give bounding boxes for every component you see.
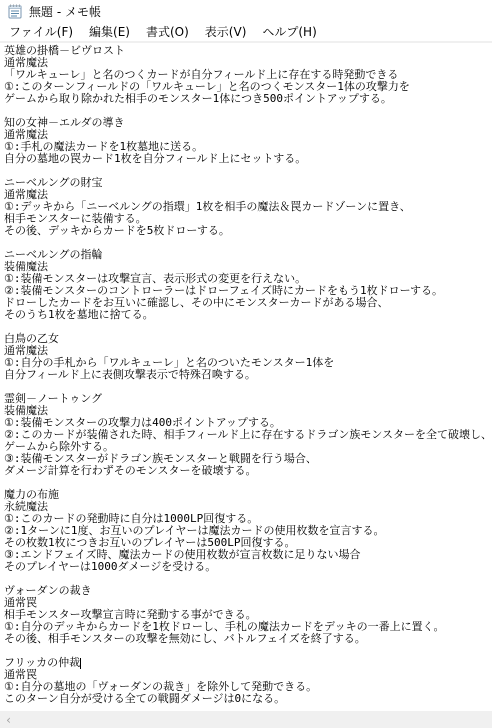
menu-file[interactable]: ファイル(F) <box>1 21 81 42</box>
text-line: このターン自分が受ける全ての戦闘ダメージは0になる。 <box>4 693 492 705</box>
notepad-icon <box>7 3 23 19</box>
text-area[interactable]: 英雄の掛橋－ビヴロスト通常魔法「ワルキューレ」と名のつくカードが自分フィールド上… <box>0 43 492 711</box>
menu-edit[interactable]: 編集(E) <box>81 21 138 42</box>
horizontal-scrollbar[interactable]: ‹ <box>0 711 492 728</box>
text-line: 自分フィールド上に表側攻撃表示で特殊召喚する。 <box>4 369 492 381</box>
text-line: 自分の墓地の罠カード1枚を自分フィールド上にセットする。 <box>4 153 492 165</box>
text-caret <box>80 658 81 669</box>
menu-view[interactable]: 表示(V) <box>197 21 255 42</box>
text-line: ゲームから取り除かれた相手のモンスター1体につき500ポイントアップする。 <box>4 93 492 105</box>
text-line: ニーベルングの財宝 <box>4 177 492 189</box>
scroll-left-arrow-icon[interactable]: ‹ <box>0 711 17 728</box>
menu-format[interactable]: 書式(O) <box>138 21 197 42</box>
text-line <box>4 477 492 489</box>
text-line: そのプレイヤーは1000ダメージを受ける。 <box>4 561 492 573</box>
menu-help[interactable]: ヘルプ(H) <box>254 21 324 42</box>
text-line: 白鳥の乙女 <box>4 333 492 345</box>
text-line: 知の女神－エルダの導き <box>4 117 492 129</box>
text-line: その後、デッキからカードを5枚ドローする。 <box>4 225 492 237</box>
notepad-window: 無題 - メモ帳 ファイル(F) 編集(E) 書式(O) 表示(V) ヘルプ(H… <box>0 0 492 728</box>
text-line: ヴォーダンの裁き <box>4 585 492 597</box>
text-line: その後、相手モンスターの攻撃を無効にし、バトルフェイズを終了する。 <box>4 633 492 645</box>
text-line: 魔力の布施 <box>4 489 492 501</box>
text-line: ダメージ計算を行わずそのモンスターを破壊する。 <box>4 465 492 477</box>
text-line: 霊剣－ノートゥング <box>4 393 492 405</box>
text-line: そのうち1枚を墓地に捨てる。 <box>4 309 492 321</box>
menu-bar: ファイル(F) 編集(E) 書式(O) 表示(V) ヘルプ(H) <box>0 22 492 43</box>
window-title: 無題 - メモ帳 <box>29 3 101 20</box>
text-line: ニーベルングの指輪 <box>4 249 492 261</box>
title-bar[interactable]: 無題 - メモ帳 <box>0 0 492 22</box>
text-line: フリッカの仲裁 <box>4 657 492 669</box>
text-line <box>4 321 492 333</box>
text-line: 英雄の掛橋－ビヴロスト <box>4 45 492 57</box>
